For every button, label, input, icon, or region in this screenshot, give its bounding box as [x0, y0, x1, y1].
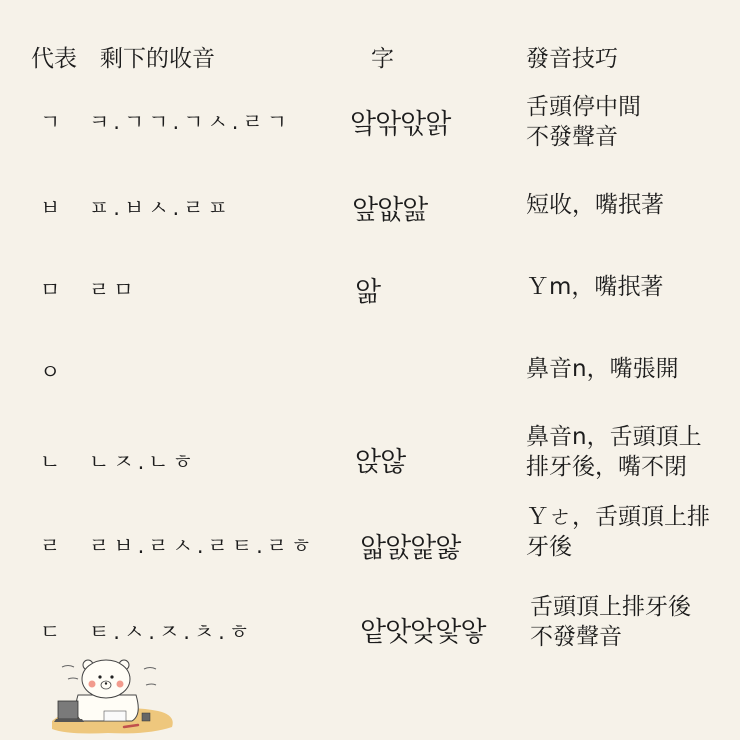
table-row: ㄱ ㅋ.ㄱㄱ.ㄱㅅ.ㄹㄱ 앜앆앇앍 舌頭停中間 不發聲音 — [0, 92, 740, 162]
header-pronunciation-tip: 發音技巧 — [526, 40, 618, 73]
bear-at-laptop-illustration — [48, 655, 178, 735]
remaining-finals: ㄹㅂ.ㄹㅅ.ㄹㅌ.ㄹㅎ — [89, 530, 315, 560]
representative-final: ㄹ — [40, 530, 62, 560]
example-characters: 앝앗앚앛앟 — [360, 610, 485, 649]
example-characters: 앞앖앒 — [352, 188, 427, 227]
table-row: ㅂ ㅍ.ㅂㅅ.ㄹㅍ 앞앖앒 短收，嘴抿著 — [0, 188, 740, 228]
pronunciation-tip: 短收，嘴抿著 — [526, 190, 664, 220]
example-characters: 앉않 — [355, 440, 405, 479]
remaining-finals: ㄴㅈ.ㄴㅎ — [89, 446, 197, 476]
example-characters: 앎 — [355, 270, 380, 309]
pronunciation-tip: 鼻音n，舌頭頂上 排牙後，嘴不閉 — [526, 422, 702, 482]
remaining-finals: ㄹㅁ — [89, 274, 138, 304]
table-row: ㅇ 鼻音n，嘴張開 — [0, 352, 740, 392]
remaining-finals: ㅍ.ㅂㅅ.ㄹㅍ — [89, 192, 232, 222]
table-header: 代表 剩下的收音 字 發音技巧 — [0, 40, 740, 74]
table-row: ㄴ ㄴㅈ.ㄴㅎ 앉않 鼻音n，舌頭頂上 排牙後，嘴不閉 — [0, 420, 740, 490]
header-representative: 代表 — [31, 40, 77, 73]
representative-final: ㄴ — [40, 446, 62, 476]
header-characters: 字 — [371, 40, 394, 73]
remaining-finals: ㅌ.ㅅ.ㅈ.ㅊ.ㅎ — [89, 616, 253, 646]
representative-final: ㅁ — [40, 274, 62, 304]
pronunciation-tip: Ｙm，嘴抿著 — [526, 272, 663, 302]
example-characters: 앜앆앇앍 — [350, 102, 450, 141]
remaining-finals: ㅋ.ㄱㄱ.ㄱㅅ.ㄹㄱ — [89, 106, 291, 136]
representative-final: ㄱ — [40, 106, 62, 136]
table-row: ㅁ ㄹㅁ 앎 Ｙm，嘴抿著 — [0, 270, 740, 310]
pronunciation-tip: Ｙㄜ，舌頭頂上排 牙後 — [526, 502, 710, 562]
bear-icon — [48, 655, 178, 735]
pronunciation-tip: 舌頭停中間 不發聲音 — [526, 92, 641, 152]
representative-final: ㅇ — [40, 356, 62, 386]
representative-final: ㅂ — [40, 192, 62, 222]
representative-final: ㄷ — [40, 616, 62, 646]
example-characters: 앏앐앑앓 — [360, 526, 460, 565]
pronunciation-tip: 舌頭頂上排牙後 不發聲音 — [530, 592, 691, 652]
table-row: ㄷ ㅌ.ㅅ.ㅈ.ㅊ.ㅎ 앝앗앚앛앟 舌頭頂上排牙後 不發聲音 — [0, 590, 740, 660]
pronunciation-tip: 鼻音n，嘴張開 — [526, 354, 679, 384]
header-remaining-finals: 剩下的收音 — [100, 40, 215, 73]
table-row: ㄹ ㄹㅂ.ㄹㅅ.ㄹㅌ.ㄹㅎ 앏앐앑앓 Ｙㄜ，舌頭頂上排 牙後 — [0, 500, 740, 570]
